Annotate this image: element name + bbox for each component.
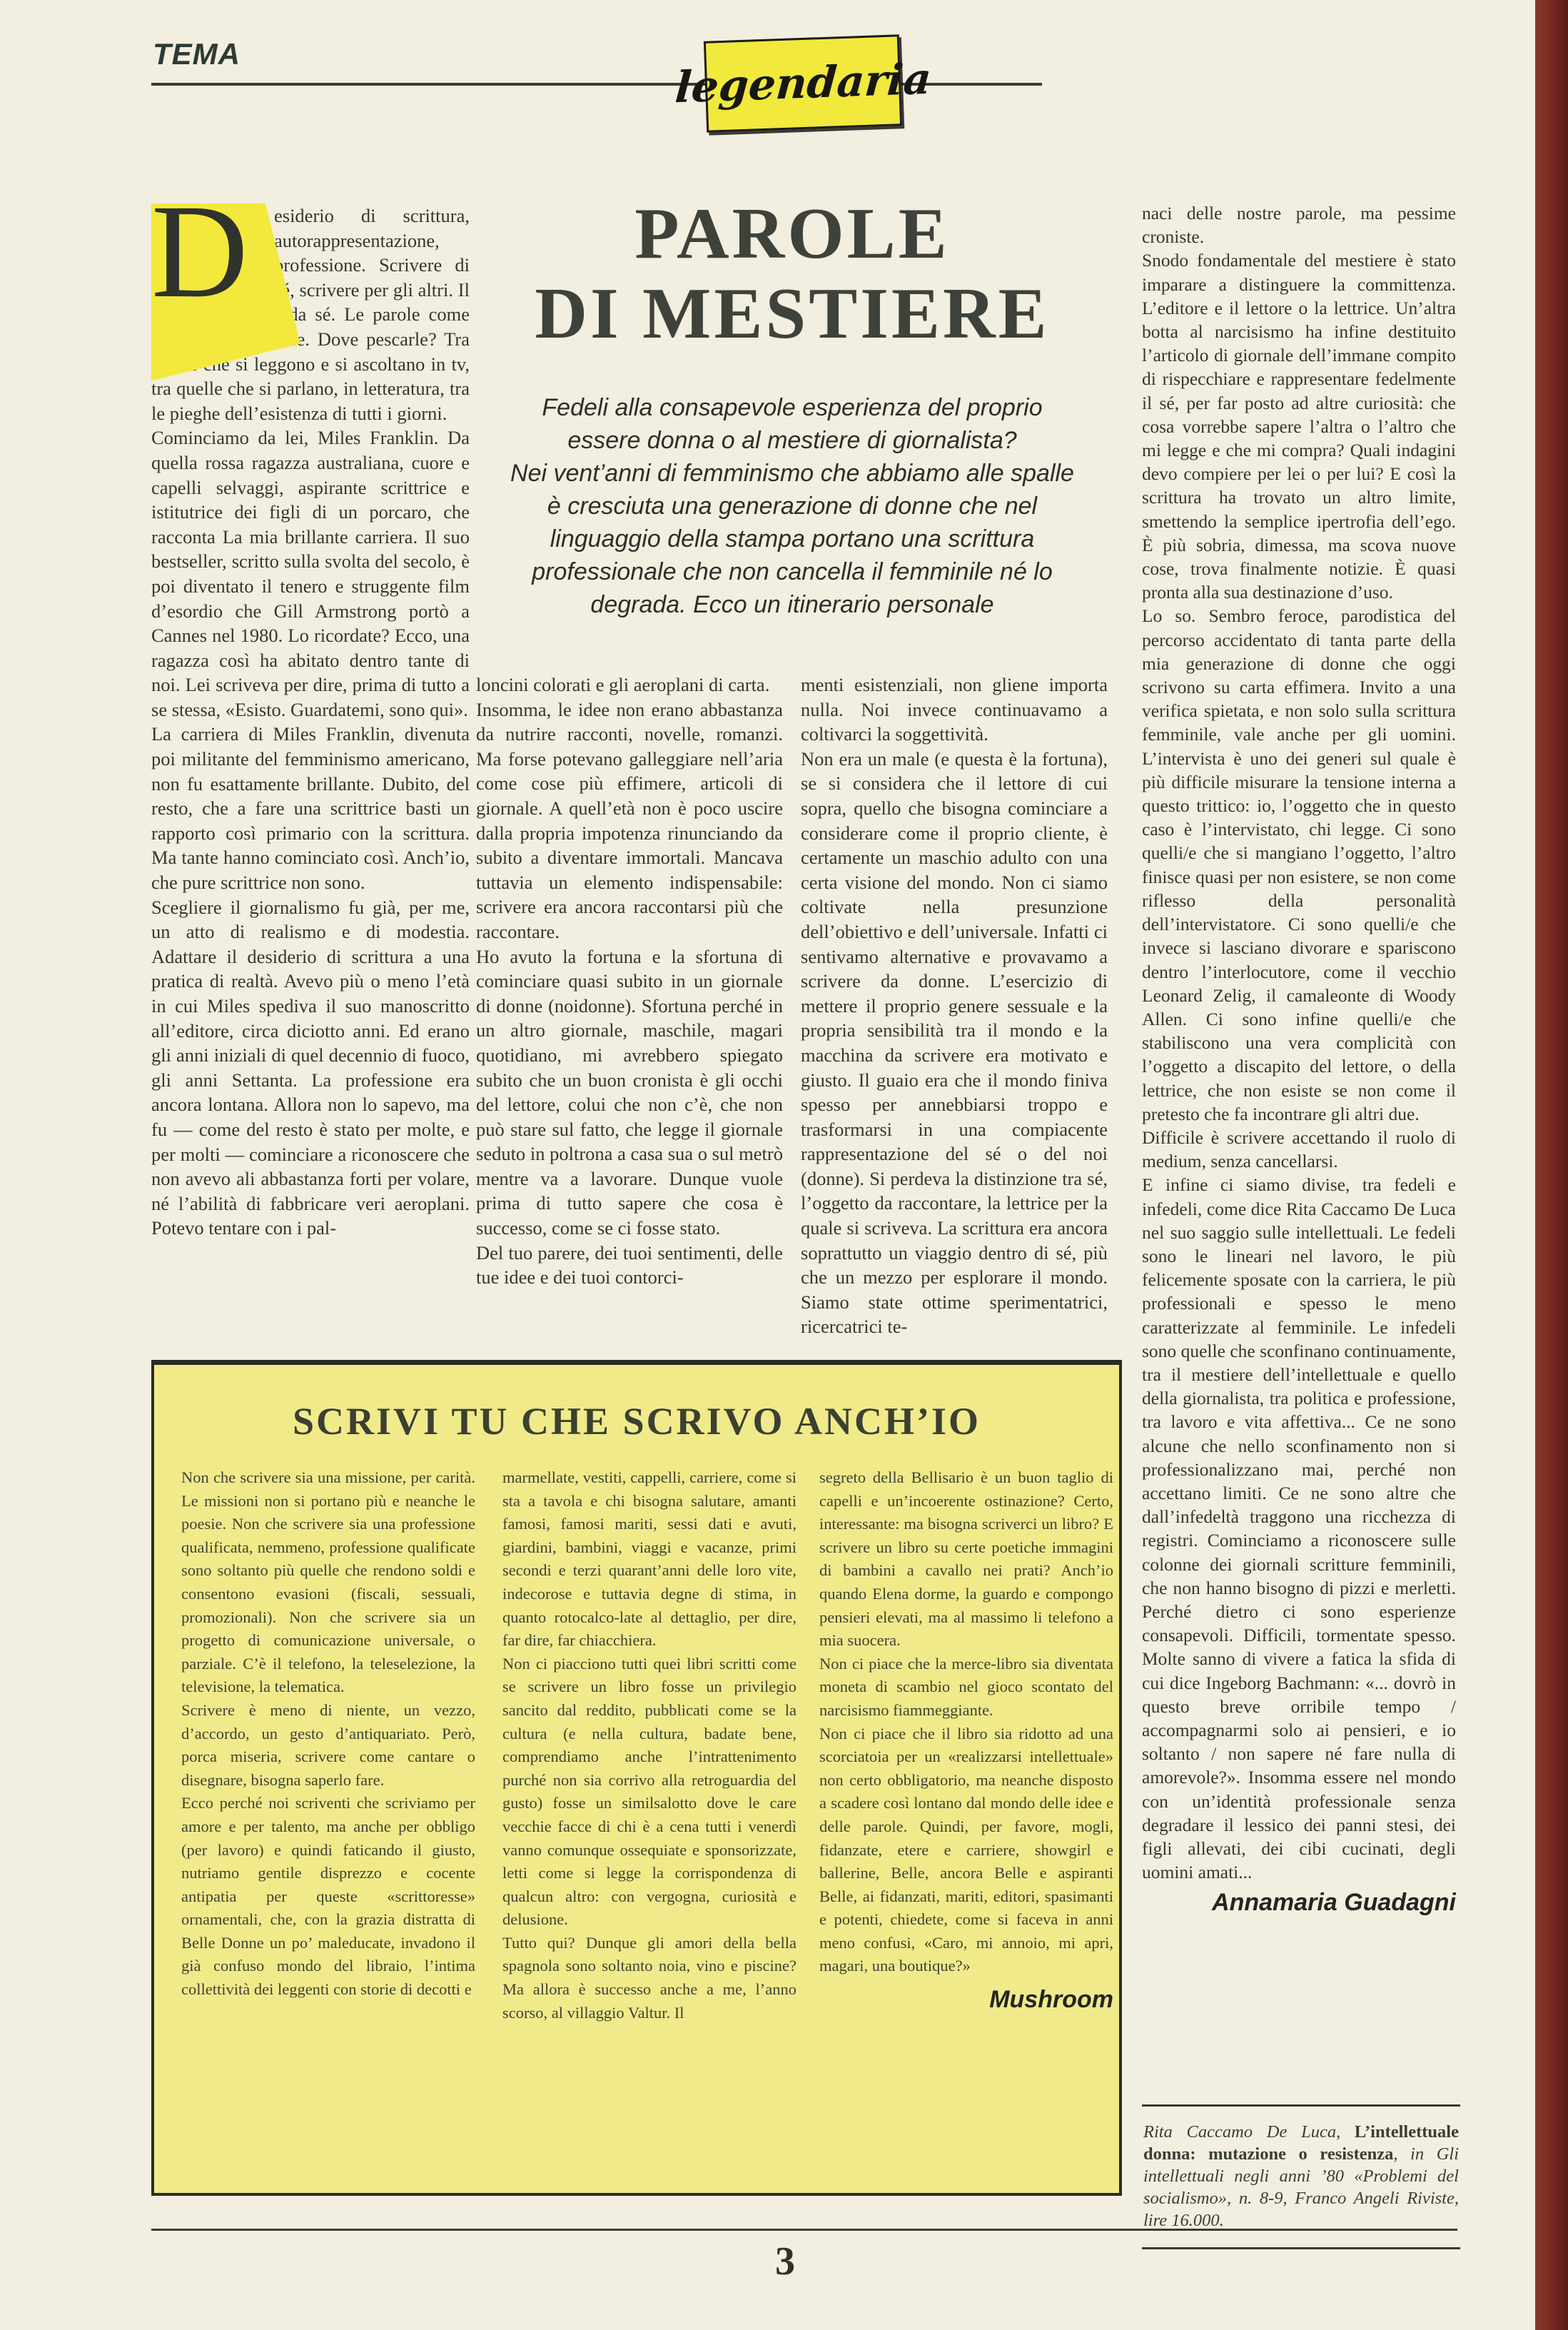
body-paragraph: naci delle nostre parole, ma pessime cro… bbox=[1142, 201, 1456, 248]
page-edge-strip bbox=[1535, 0, 1568, 2330]
magazine-logo: legendaria bbox=[704, 34, 902, 132]
body-paragraph: Scrivere è meno di niente, un vezzo, d’a… bbox=[181, 1699, 475, 1792]
sidebar-box-column-1: Non che scrivere sia una missione, per c… bbox=[181, 1466, 475, 2148]
box-author-signature: Mushroom bbox=[819, 1988, 1113, 2012]
body-paragraph: Cominciamo da lei, Miles Franklin. Da qu… bbox=[151, 425, 470, 722]
drop-cap: D bbox=[151, 208, 264, 295]
article-column-2: loncini colorati e gli aeroplani di cart… bbox=[476, 672, 783, 1347]
body-paragraph: Non ci piace che il libro sia ridotto ad… bbox=[819, 1723, 1113, 1979]
body-paragraph: Difficile è scrivere accettando il ruolo… bbox=[1142, 1126, 1456, 1173]
body-paragraph: Scegliere il giornalismo fu già, per me,… bbox=[151, 895, 470, 1241]
body-paragraph: Snodo fondamentale del mestiere è stato … bbox=[1142, 248, 1456, 604]
body-paragraph: E infine ci siamo divise, tra fedeli e i… bbox=[1142, 1173, 1456, 1884]
bibliography-lead: Rita Caccamo De Luca, bbox=[1143, 2122, 1355, 2142]
body-paragraph: Ho avuto la fortuna e la sfortuna di com… bbox=[476, 944, 783, 1241]
author-signature: Annamaria Guadagni bbox=[1142, 1891, 1456, 1915]
article-title-line1: PAROLE bbox=[471, 194, 1113, 274]
magazine-page: TEMA legendaria PAROLE DI MESTIERE Fedel… bbox=[0, 0, 1568, 2330]
body-paragraph: Non era un male (e questa è la fortuna),… bbox=[801, 747, 1108, 1339]
article-column-4: naci delle nostre parole, ma pessime cro… bbox=[1142, 201, 1456, 2043]
body-paragraph: segreto della Bellisario è un buon tagli… bbox=[819, 1466, 1113, 1653]
article-standfirst: Fedeli alla consapevole esperienza del p… bbox=[451, 391, 1133, 621]
sidebar-box-column-2: marmellate, vestiti, cappelli, carriere,… bbox=[502, 1466, 796, 2148]
body-paragraph: D esiderio di scrittura, autorappresenta… bbox=[151, 203, 470, 425]
body-paragraph: Del tuo parere, dei tuoi sentimenti, del… bbox=[476, 1241, 783, 1290]
page-number: 3 bbox=[757, 2239, 814, 2284]
bibliography-note: Rita Caccamo De Luca, L’intellettuale do… bbox=[1142, 2104, 1460, 2249]
body-paragraph: marmellate, vestiti, cappelli, carriere,… bbox=[502, 1466, 796, 1653]
sidebar-box-title: SCRIVI TU CHE SCRIVO ANCH’IO bbox=[154, 1399, 1119, 1443]
magazine-logo-text: legendaria bbox=[673, 54, 933, 114]
body-paragraph: Insomma, le idee non erano abbastanza da… bbox=[476, 697, 783, 944]
article-title-line2: DI MESTIERE bbox=[471, 274, 1113, 354]
body-paragraph: Non che scrivere sia una missione, per c… bbox=[181, 1466, 475, 1699]
drop-cap-letter: D bbox=[151, 203, 248, 305]
body-paragraph: menti esistenziali, non gliene importa n… bbox=[801, 672, 1108, 747]
body-paragraph: Non ci piace che la merce-libro sia dive… bbox=[819, 1653, 1113, 1723]
body-paragraph: loncini colorati e gli aeroplani di cart… bbox=[476, 672, 783, 697]
footer-rule bbox=[151, 2229, 1457, 2231]
body-paragraph: Tutto qui? Dunque gli amori della bella … bbox=[502, 1932, 796, 2024]
sidebar-box-column-3: segreto della Bellisario è un buon tagli… bbox=[819, 1466, 1113, 2148]
sidebar-box: SCRIVI TU CHE SCRIVO ANCH’IO Non che scr… bbox=[151, 1360, 1122, 2196]
article-column-1: D esiderio di scrittura, autorappresenta… bbox=[151, 203, 470, 1346]
article-title: PAROLE DI MESTIERE bbox=[471, 194, 1113, 354]
body-paragraph: La carriera di Miles Franklin, divenuta … bbox=[151, 722, 470, 894]
body-paragraph: Lo so. Sembro feroce, parodistica del pe… bbox=[1142, 604, 1456, 1125]
body-paragraph: Non ci piacciono tutti quei libri scritt… bbox=[502, 1653, 796, 1932]
article-column-3: menti esistenziali, non gliene importa n… bbox=[801, 672, 1108, 1347]
section-kicker: TEMA bbox=[153, 37, 241, 71]
body-paragraph: Ecco perché noi scriventi che scriviamo … bbox=[181, 1792, 475, 2001]
